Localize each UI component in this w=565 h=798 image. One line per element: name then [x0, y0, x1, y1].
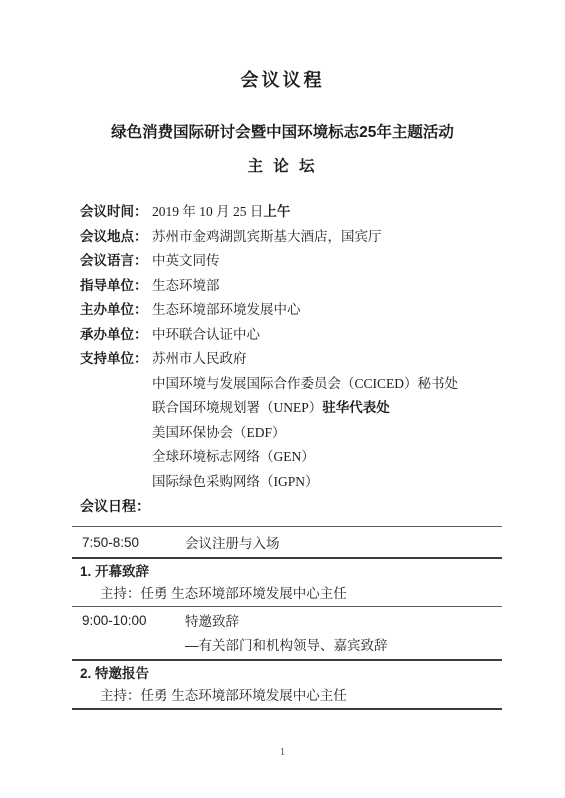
schedule-section1-title: 1. 开幕致辞	[72, 559, 502, 582]
info-row-undertaker: 承办单位：中环联合认证中心	[80, 323, 525, 348]
supporter-extra-igpn-text: 国际绿色采购网络（IGPN）	[152, 474, 319, 489]
supporter-extra-unep-text: 联合国环境规划署（UNEP）	[152, 400, 322, 415]
schedule-row-speech: 9:00-10:00 特邀致辞	[72, 607, 502, 633]
supporter-extra-unep: 联合国环境规划署（UNEP）驻华代表处	[80, 396, 525, 421]
info-value-supporter: 苏州市人民政府	[152, 351, 247, 366]
supporter-extra-edf-text: 美国环保协会（EDF）	[152, 425, 286, 440]
schedule-heading: 会议日程：	[80, 496, 150, 516]
info-row-time: 会议时间：2019 年 10 月 25 日上午	[80, 200, 525, 225]
schedule-note-speech: —有关部门和机构领导、嘉宾致辞	[72, 633, 502, 659]
info-label-time: 会议时间：	[80, 200, 152, 225]
info-label-organizer: 主办单位：	[80, 298, 152, 323]
info-value-organizer: 生态环境部环境发展中心	[152, 302, 301, 317]
document-subtitle: 绿色消费国际研讨会暨中国环境标志25年主题活动	[0, 120, 565, 142]
info-label-undertaker: 承办单位：	[80, 323, 152, 348]
supporter-extra-igpn: 国际绿色采购网络（IGPN）	[80, 470, 525, 495]
info-row-supporter: 支持单位：苏州市人民政府	[80, 347, 525, 372]
forum-title: 主 论 坛	[0, 154, 565, 176]
supporter-extra-gen: 全球环境标志网络（GEN）	[80, 445, 525, 470]
schedule-content-registration: 会议注册与入场	[185, 532, 280, 552]
schedule-content-speech: 特邀致辞	[185, 610, 239, 630]
schedule-section2-host: 主持：任勇 生态环境部环境发展中心主任	[72, 684, 502, 708]
schedule-section2-title: 2. 特邀报告	[72, 661, 502, 684]
supporter-extra-cciced: 中国环境与发展国际合作委员会（CCICED）秘书处	[80, 372, 525, 397]
supporter-extra-edf: 美国环保协会（EDF）	[80, 421, 525, 446]
schedule-rule-bottom	[72, 708, 502, 710]
info-label-language: 会议语言：	[80, 249, 152, 274]
meeting-info-section: 会议时间：2019 年 10 月 25 日上午 会议地点：苏州市金鸡湖凯宾斯基大…	[80, 200, 525, 494]
supporter-extra-unep-bold: 驻华代表处	[322, 400, 390, 415]
page-number: 1	[0, 747, 565, 758]
info-value-time: 2019 年 10 月 25 日	[152, 204, 263, 219]
schedule-section1-host: 主持：任勇 生态环境部环境发展中心主任	[72, 582, 502, 606]
info-row-language: 会议语言：中英文同传	[80, 249, 525, 274]
info-row-organizer: 主办单位：生态环境部环境发展中心	[80, 298, 525, 323]
page-title: 会议议程	[0, 66, 565, 92]
schedule-row-registration: 7:50-8:50 会议注册与入场	[72, 527, 502, 557]
info-label-venue: 会议地点：	[80, 225, 152, 250]
info-value-time-bold: 上午	[263, 204, 290, 219]
info-value-venue: 苏州市金鸡湖凯宾斯基大酒店，国宾厅	[152, 229, 382, 244]
info-label-supporter: 支持单位：	[80, 347, 152, 372]
schedule-time-speech: 9:00-10:00	[82, 613, 185, 628]
info-row-venue: 会议地点：苏州市金鸡湖凯宾斯基大酒店，国宾厅	[80, 225, 525, 250]
supporter-extra-cciced-text: 中国环境与发展国际合作委员会（CCICED）秘书处	[152, 376, 458, 391]
info-label-guidance-unit: 指导单位：	[80, 274, 152, 299]
schedule-table: 7:50-8:50 会议注册与入场 1. 开幕致辞 主持：任勇 生态环境部环境发…	[72, 526, 502, 710]
info-row-guidance-unit: 指导单位：生态环境部	[80, 274, 525, 299]
info-value-undertaker: 中环联合认证中心	[152, 327, 260, 342]
supporter-extra-gen-text: 全球环境标志网络（GEN）	[152, 449, 315, 464]
info-value-language: 中英文同传	[152, 253, 220, 268]
document-page: 会议议程 绿色消费国际研讨会暨中国环境标志25年主题活动 主 论 坛 会议时间：…	[0, 0, 565, 798]
schedule-time-registration: 7:50-8:50	[82, 535, 185, 550]
info-value-guidance-unit: 生态环境部	[152, 278, 220, 293]
